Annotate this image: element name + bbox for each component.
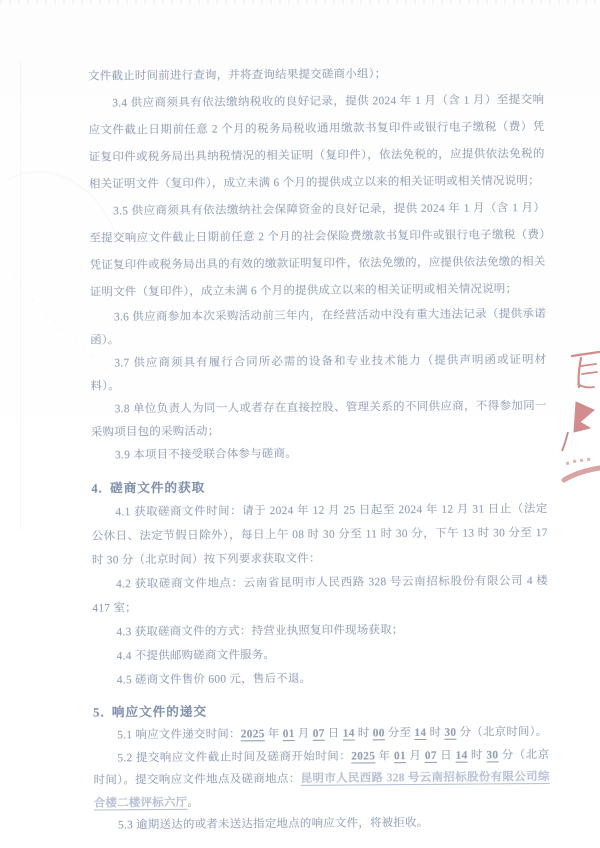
text-run: 年: [375, 750, 394, 762]
text-run: 分至: [385, 727, 415, 739]
underlined-value: 2025: [351, 750, 375, 762]
clause-4-1: 4.1 获取磋商文件时间：请于 2024 年 12 月 25 日起至 2024 …: [91, 497, 548, 573]
seal-stroke-group: [572, 352, 599, 387]
clause-5-1: 5.1 响应文件递交时间：2025 年 01 月 07 日 14 时 00 分至…: [93, 721, 549, 747]
underlined-value: 30: [444, 727, 456, 739]
clause-4-5: 4.5 磋商文件售价 600 元，售后不退。: [93, 665, 549, 693]
text-run: 月: [295, 728, 313, 740]
text-run: 。: [187, 796, 199, 808]
clause-3-9: 3.9 本项目不接受联合体参与磋商。: [91, 441, 547, 468]
text-run: 提交响应文件地点及磋商地点：: [135, 773, 301, 786]
text-run: 时: [468, 749, 487, 761]
underlined-value: 00: [373, 727, 385, 739]
seal-ring-arc: [564, 468, 600, 480]
clause-3-5: 3.5 供应商须具有依法缴纳社会保障资金的良好记录，提供 2024 年 1 月（…: [89, 195, 546, 307]
red-seal-fragment: [554, 340, 600, 500]
underlined-value: 14: [343, 728, 355, 740]
underlined-value: 07: [425, 749, 437, 761]
underlined-value: 07: [313, 728, 325, 740]
text-run: 月: [406, 749, 425, 761]
clause-3-7: 3.7 供应商须具有履行合同所必需的设备和专业技术能力（提供声明函或证明材料）。: [90, 349, 546, 399]
underlined-value: 14: [456, 749, 468, 761]
underlined-value: 01: [394, 750, 406, 762]
scan-crease-line: [20, 60, 21, 530]
scanned-document-page: 文件截止时间前进行查询，并将查询结果提交磋商小组）； 3.4 供应商须具有依法缴…: [0, 0, 600, 848]
text-run: 5.1 响应文件递交时间：: [117, 728, 241, 741]
underlined-value: 2025: [241, 728, 265, 740]
scan-noise-band: [0, 0, 600, 4]
text-run: 日: [437, 749, 456, 761]
underlined-value: 01: [283, 728, 295, 740]
clause-5-2: 5.2 提交响应文件截止时间及磋商开始时间：2025 年 01 月 07 日 1…: [93, 743, 550, 814]
clause-3-6: 3.6 供应商参加本次采购活动前三年内，在经营活动中没有重大违法记录（提供承诺函…: [90, 303, 546, 353]
text-run: 分（北京时间）。: [456, 726, 547, 739]
clause-3-4: 3.4 供应商须具有依法缴纳税收的良好记录，提供 2024 年 1 月（含 1 …: [88, 87, 545, 199]
text-run: 时: [355, 727, 373, 739]
text-run: 时: [426, 727, 444, 739]
text-run: 日: [325, 728, 343, 740]
seal-stroke-group: [562, 402, 594, 451]
section-4-heading: 4. 磋商文件的获取: [91, 473, 547, 501]
clause-4-3: 4.3 获取磋商文件的方式：持营业执照复印件现场获取；: [92, 617, 548, 645]
underlined-value: 14: [414, 727, 426, 739]
text-run: 5.2 提交响应文件截止时间及磋商开始时间：: [117, 750, 351, 764]
paragraph-continuation: 文件截止时间前进行查询，并将查询结果提交磋商小组）；: [88, 60, 544, 91]
clause-3-8: 3.8 单位负责人为同一人或者存在直接控股、管理关系的不同供应商，不得参加同一采…: [91, 395, 547, 445]
clause-4-4: 4.4 不提供邮购磋商文件服务。: [93, 641, 549, 669]
document-body: 文件截止时间前进行查询，并将查询结果提交磋商小组）； 3.4 供应商须具有依法缴…: [88, 60, 550, 837]
clause-4-2: 4.2 获取磋商文件地点：云南省昆明市人民西路 328 号云南招标股份有限公司 …: [92, 569, 548, 621]
underlined-value: 30: [486, 749, 498, 761]
text-run: 年: [265, 728, 283, 740]
seal-ring-dots: [566, 458, 591, 466]
clause-5-3: 5.3 逾期送达的或者未送达指定地点的响应文件，将被拒收。: [94, 811, 550, 837]
section-5-heading: 5. 响应文件的递交: [93, 697, 549, 725]
